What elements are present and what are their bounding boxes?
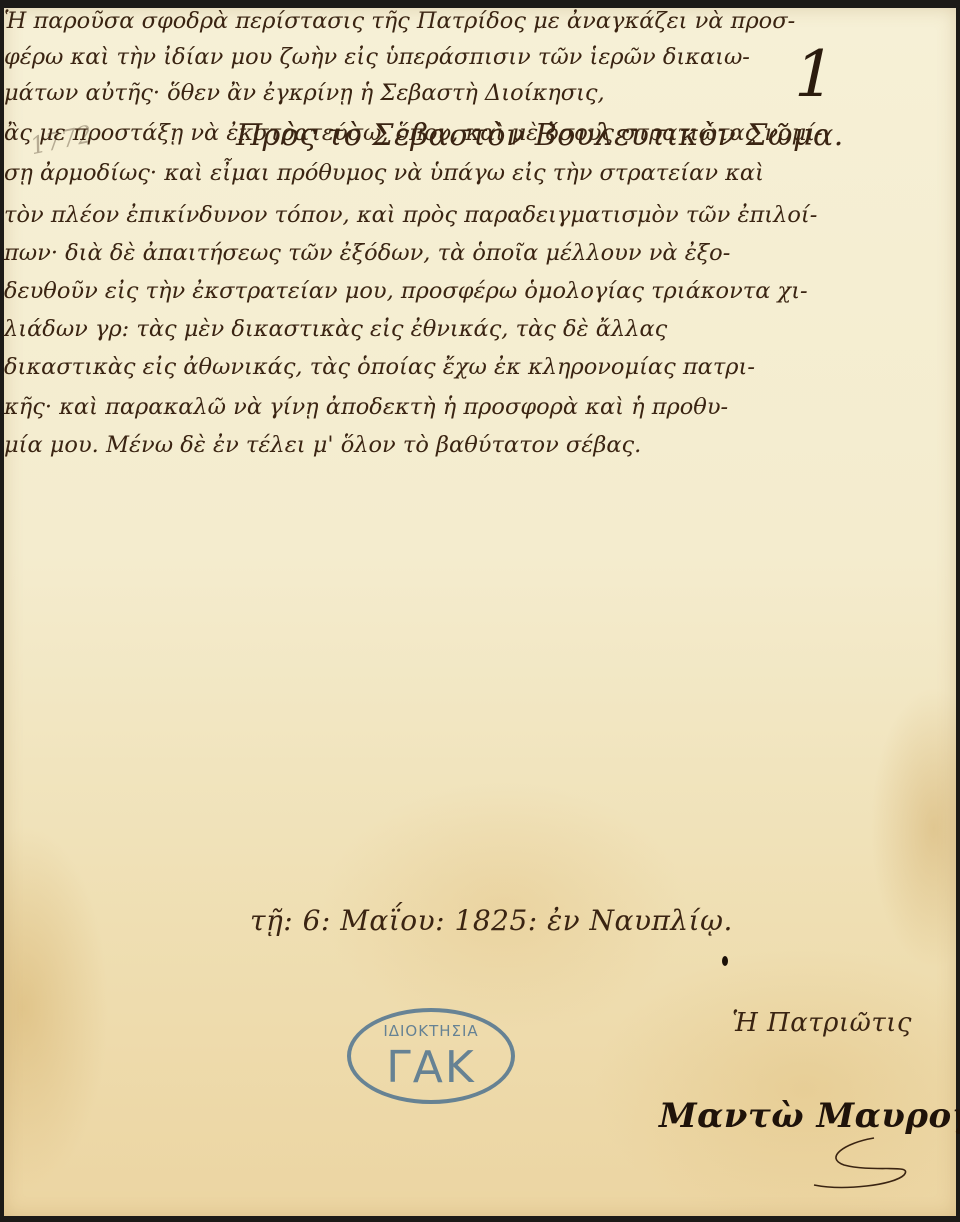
signature: Μαντὼ Μαυρογένους bbox=[659, 1096, 960, 1136]
signature-flourish-icon bbox=[804, 1133, 934, 1193]
body-line: φέρω καὶ τὴν ἰδίαν μου ζωὴν εἰς ὑπεράσπι… bbox=[4, 44, 750, 70]
body-line: μάτων αὐτῆς· ὅθεν ἂν ἐγκρίνῃ ἡ Σεβαστὴ Δ… bbox=[4, 80, 605, 106]
body-line: πων· διὰ δὲ ἀπαιτήσεως τῶν ἐξόδων, τὰ ὁπ… bbox=[4, 240, 730, 266]
body-line: τὸν πλέον ἐπικίνδυνον τόπον, καὶ πρὸς πα… bbox=[4, 202, 817, 228]
page-number: 1 bbox=[786, 38, 843, 112]
body-line: ἂς με προστάξῃ νὰ ἐκστρατεύσω, ὅπου, καὶ… bbox=[4, 120, 823, 146]
body-line: μία μου. Μένω δὲ ἐν τέλει μ' ὅλον τὸ βαθ… bbox=[4, 432, 641, 458]
stamp-main-text: ΓΑΚ bbox=[351, 1042, 511, 1093]
body-line: λιάδων γρ: τὰς μὲν δικαστικὰς εἰς ἐθνικά… bbox=[4, 316, 667, 342]
stamp-top-text: ΙΔΙΟΚΤΗΣΙΑ bbox=[351, 1022, 511, 1040]
body-line: δικαστικὰς εἰς ἀθωνικάς, τὰς ὁποίας ἔχω … bbox=[4, 354, 755, 380]
body-line: Ἡ παροῦσα σφοδρὰ περίστασις τῆς Πατρίδος… bbox=[4, 8, 795, 34]
body-line: σῃ ἀρμοδίως· καὶ εἶμαι πρόθυμος νὰ ὑπάγω… bbox=[4, 160, 764, 186]
document-page: 1772 1 Πρὸς τὸ Σεβαστὸν Βουλευτικὸν Σῶμα… bbox=[4, 8, 956, 1216]
date-place-line: τῇ: 6: Μαΐου: 1825: ἐν Ναυπλίῳ. bbox=[250, 904, 733, 937]
body-line: δευθοῦν εἰς τὴν ἐκστρατείαν μου, προσφέρ… bbox=[4, 278, 808, 304]
ink-blot bbox=[722, 956, 728, 966]
signoff: Ἡ Πατριῶτις bbox=[732, 1008, 912, 1038]
archive-stamp: ΙΔΙΟΚΤΗΣΙΑ ΓΑΚ bbox=[347, 1008, 515, 1104]
body-line: κῆς· καὶ παρακαλῶ νὰ γίνῃ ἀποδεκτὴ ἡ προ… bbox=[4, 394, 728, 420]
